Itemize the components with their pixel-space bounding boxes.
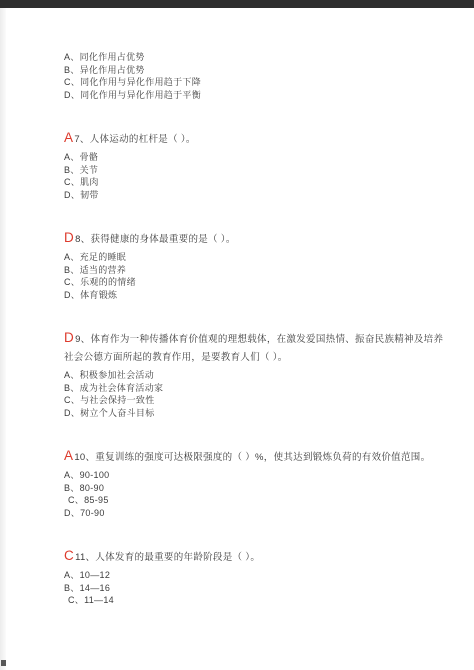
options-group: A、积极参加社会活动 B、成为社会体育活动家 C、与社会保持一致性 D、树立个人…: [64, 369, 448, 419]
option-item: A、骨骼: [64, 151, 448, 164]
page-corner-artifact: [1, 660, 6, 666]
options-group: A、骨骼 B、关节 C、肌肉 D、韧带: [64, 151, 448, 201]
answer-letter: A: [64, 130, 73, 145]
option-item: A、充足的睡眠: [64, 251, 448, 264]
question-text: 重复训练的强度可达极限强度的（ ）%，使其达到锻炼负荷的有效价值范围。: [95, 452, 430, 463]
question-block-9: D9、体育作为一种传播体育价值观的理想载体，在激发爱国热情、振奋民族精神及培养社…: [64, 329, 448, 419]
options-group: A、10—12 B、14—16 C、11—14: [64, 569, 448, 607]
option-item: B、异化作用占优势: [64, 64, 448, 77]
question-block-7: A7、人体运动的杠杆是（ ）。 A、骨骼 B、关节 C、肌肉 D、韧带: [64, 129, 448, 201]
answer-letter: A: [64, 448, 73, 463]
question-heading: A10、重复训练的强度可达极限强度的（ ）%，使其达到锻炼负荷的有效价值范围。: [64, 447, 448, 467]
option-item: A、90-100: [64, 469, 448, 482]
question-heading: A7、人体运动的杠杆是（ ）。: [64, 129, 448, 149]
question-block-10: A10、重复训练的强度可达极限强度的（ ）%，使其达到锻炼负荷的有效价值范围。 …: [64, 447, 448, 519]
option-item: A、同化作用占优势: [64, 51, 448, 64]
option-item: D、韧带: [64, 189, 448, 202]
question-number: 9、: [75, 334, 90, 345]
option-item: B、14—16: [64, 582, 448, 595]
question-heading: D8、获得健康的身体最重要的是（ ）。: [64, 229, 448, 249]
option-item: C、同化作用与异化作用趋于下降: [64, 76, 448, 89]
option-item: D、同化作用与异化作用趋于平衡: [64, 89, 448, 102]
question-text: 获得健康的身体最重要的是（ ）。: [90, 234, 235, 245]
question-number: 10、: [74, 452, 95, 463]
option-item: D、树立个人奋斗目标: [64, 407, 448, 420]
answer-letter: D: [64, 330, 74, 345]
option-item: C、与社会保持一致性: [64, 394, 448, 407]
question-text: 体育作为一种传播体育价值观的理想载体，在激发爱国热情、振奋民族精神及培养社会公德…: [64, 334, 443, 363]
option-item: C、11—14: [64, 594, 448, 607]
option-item: D、70-90: [64, 507, 448, 520]
viewer-top-bar: [0, 0, 474, 8]
options-group: A、90-100 B、80-90 C、85-95 D、70-90: [64, 469, 448, 519]
option-item: D、体育锻炼: [64, 289, 448, 302]
option-item: C、85-95: [64, 494, 448, 507]
question-block-8: D8、获得健康的身体最重要的是（ ）。 A、充足的睡眠 B、适当的营养 C、乐观…: [64, 229, 448, 301]
document-page: A、同化作用占优势 B、异化作用占优势 C、同化作用与异化作用趋于下降 D、同化…: [0, 8, 474, 607]
option-item: B、成为社会体育活动家: [64, 382, 448, 395]
option-item: C、乐观的的情绪: [64, 276, 448, 289]
question-heading: C11、人体发育的最重要的年龄阶段是（ ）。: [64, 547, 448, 567]
option-item: B、关节: [64, 164, 448, 177]
option-item: C、肌肉: [64, 176, 448, 189]
question-block-11: C11、人体发育的最重要的年龄阶段是（ ）。 A、10—12 B、14—16 C…: [64, 547, 448, 607]
option-item: A、10—12: [64, 569, 448, 582]
question-text: 人体运动的杠杆是（ ）。: [90, 134, 196, 145]
question-number: 11、: [75, 552, 95, 563]
orphan-options-group: A、同化作用占优势 B、异化作用占优势 C、同化作用与异化作用趋于下降 D、同化…: [64, 51, 448, 101]
option-item: B、适当的营养: [64, 264, 448, 277]
option-item: A、积极参加社会活动: [64, 369, 448, 382]
options-group: A、充足的睡眠 B、适当的营养 C、乐观的的情绪 D、体育锻炼: [64, 251, 448, 301]
answer-letter: C: [64, 548, 74, 563]
question-heading: D9、体育作为一种传播体育价值观的理想载体，在激发爱国热情、振奋民族精神及培养社…: [64, 329, 448, 367]
question-number: 8、: [75, 234, 90, 245]
question-number: 7、: [74, 134, 89, 145]
option-item: B、80-90: [64, 482, 448, 495]
question-text: 人体发育的最重要的年龄阶段是（ ）。: [95, 552, 260, 563]
answer-letter: D: [64, 230, 74, 245]
